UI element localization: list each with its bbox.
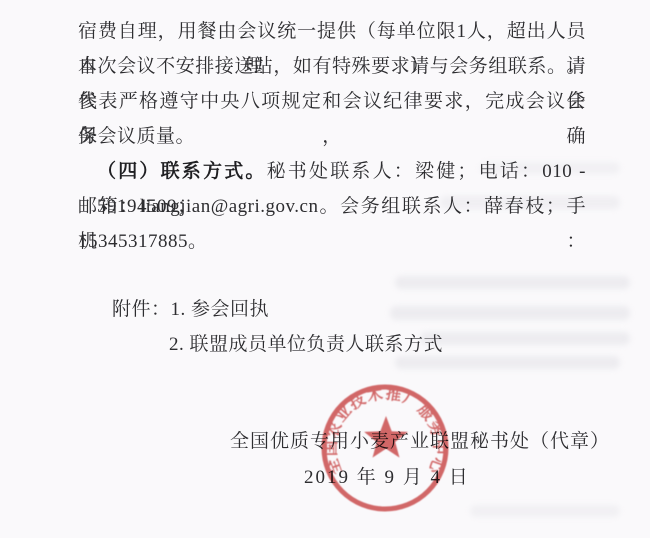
ink-bleed-artifact [420, 332, 630, 345]
contact-email-line: 邮箱：liangjian@agri.gov.cn。会务组联系人：薛春枝；手机： [78, 189, 586, 224]
attachment-item-2: 2. 联盟成员单位负责人联系方式 [112, 327, 443, 362]
contact-section-line: （四）联系方式。秘书处联系人：梁健；电话：010 - 59194509； [78, 154, 586, 189]
attachments-block: 附件：1. 参会回执 2. 联盟成员单位负责人联系方式 [112, 292, 443, 362]
document-body-text: 宿费自理，用餐由会议统一提供（每单位限1人，超出人员自理）。 本次会议不安排接送… [78, 14, 586, 259]
seal-star-icon [364, 416, 408, 458]
attachments-label: 附件： [112, 299, 171, 320]
scanned-document-page: 宿费自理，用餐由会议统一提供（每单位限1人，超出人员自理）。 本次会议不安排接送… [0, 0, 650, 538]
body-text-line: 代表严格遵守中央八项规定和会议纪律要求，完成会议任务，确 [78, 84, 586, 119]
attachment-item-1: 1. 参会回执 [171, 299, 270, 320]
official-red-seal: 全国农业技术推广服务中心 [318, 380, 452, 514]
body-text-line: 本次会议不安排接送站，如有特殊要求请与会务组联系。请参会 [78, 49, 586, 84]
ink-bleed-artifact [470, 505, 620, 517]
contact-section-heading: （四）联系方式。 [97, 161, 267, 182]
body-text-line: 宿费自理，用餐由会议统一提供（每单位限1人，超出人员自理）。 [78, 14, 586, 49]
attachment-line-1: 附件：1. 参会回执 [112, 292, 443, 327]
ink-bleed-artifact [395, 276, 630, 289]
